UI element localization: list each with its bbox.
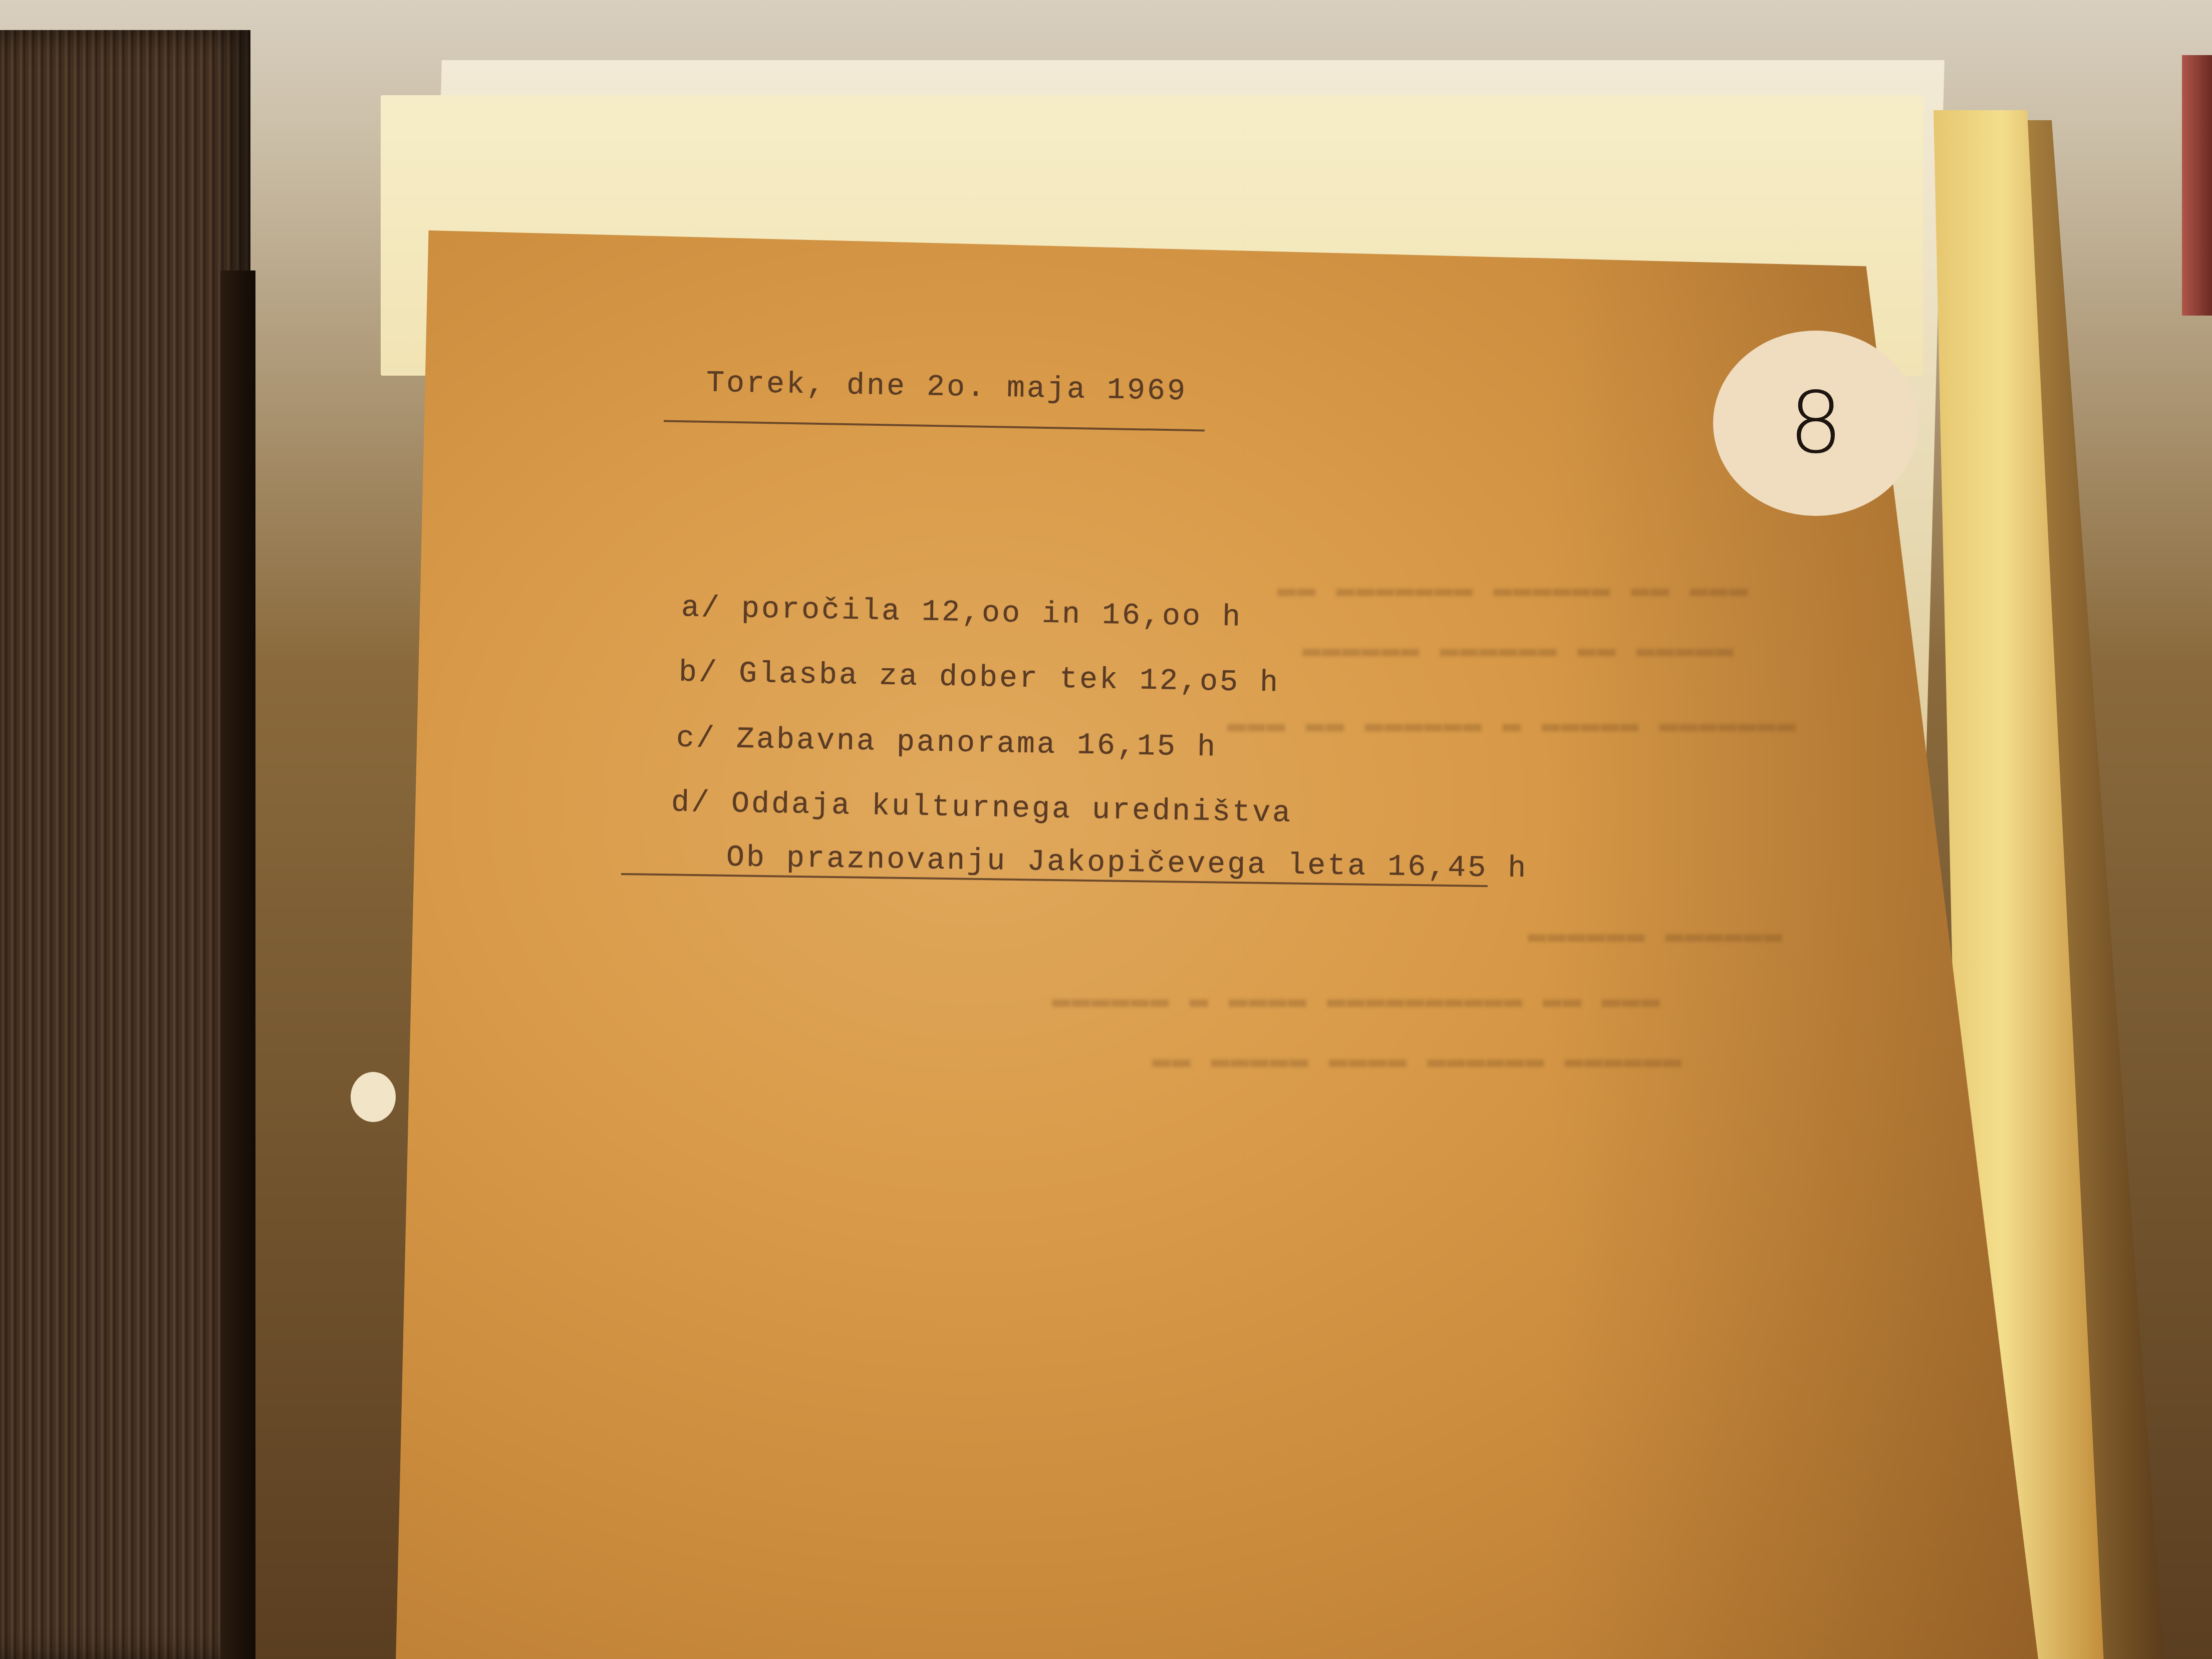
bleed-through-text: ▬▬ ▬▬▬▬▬ ▬▬▬▬ ▬▬▬▬▬▬ ▬▬▬▬▬▬ — [1152, 1042, 1683, 1077]
bleed-through-text: ▬▬▬▬▬▬ ▬▬▬▬▬▬ ▬▬ ▬▬▬▬▬ — [1302, 631, 1735, 667]
bleed-through-text: ▬▬▬▬▬▬ ▬▬▬▬▬▬ — [1528, 917, 1783, 952]
page-number-sticker: 8 — [1713, 331, 1918, 516]
item-label: c/ — [676, 722, 716, 756]
book-edge — [220, 270, 255, 1659]
punched-hole — [351, 1072, 396, 1122]
red-binder-edge — [2182, 55, 2212, 316]
bleed-through-text: ▬▬▬ ▬▬ ▬▬▬▬▬▬ ▬ ▬▬▬▬▬ ▬▬▬▬▬▬▬ — [1227, 706, 1797, 742]
item-label: d/ — [671, 786, 712, 820]
bleed-through-text: ▬▬ ▬▬▬▬▬▬▬ ▬▬▬▬▬▬ ▬▬ ▬▬▬ — [1277, 571, 1749, 607]
item-label: b/ — [678, 656, 719, 691]
item-label: a/ — [681, 591, 721, 626]
bleed-through-text: ▬▬▬▬▬▬ ▬ ▬▬▬▬ ▬▬▬▬▬▬▬▬▬▬ ▬▬ ▬▬▬ — [1052, 982, 1661, 1017]
page-number: 8 — [1789, 374, 1843, 473]
adjacent-book — [0, 30, 250, 1659]
